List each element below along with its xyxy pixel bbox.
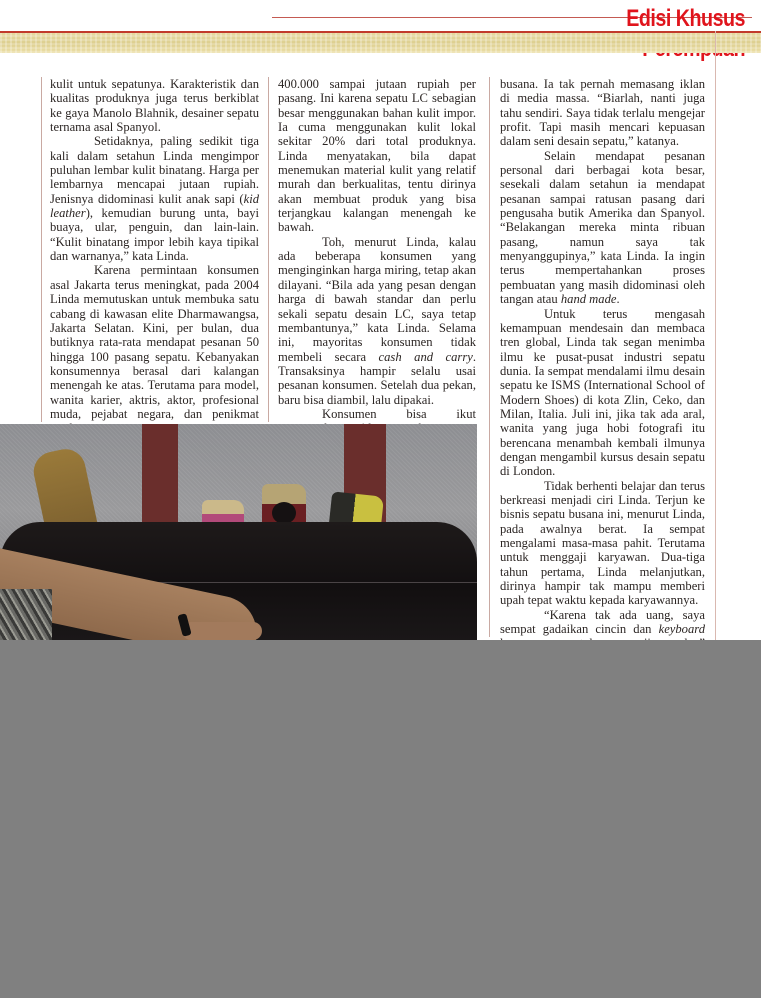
column-rule-1: [41, 77, 42, 422]
article-paragraph: Karena permintaan konsumen asal Jakarta …: [50, 263, 259, 435]
paragraph-text: .: [616, 292, 619, 306]
italic-term: hand made: [561, 292, 617, 306]
article-photo: [0, 424, 477, 640]
article-paragraph: Tidak berhenti belajar dan terus berkrea…: [500, 479, 705, 608]
article-column-1: kulit untuk sepatunya. Karakteristik dan…: [50, 77, 259, 450]
paragraph-text: Toh, menurut Linda, kalau ada beberapa k…: [278, 235, 476, 364]
article-paragraph: busana. Ia tak pernah memasang iklan di …: [500, 77, 705, 149]
article-column-3: busana. Ia tak pernah memasang iklan di …: [500, 77, 705, 722]
article-paragraph: Toh, menurut Linda, kalau ada beberapa k…: [278, 235, 476, 407]
gray-occluder-block: [0, 640, 761, 998]
article-paragraph: Selain mendapat pesanan personal dari be…: [500, 149, 705, 307]
italic-term: cash and carry: [379, 350, 473, 364]
photo-hand: [182, 622, 262, 640]
article-paragraph: Untuk terus mengasah kemampuan mendesain…: [500, 307, 705, 479]
photo-dress: [0, 589, 52, 640]
header-texture-band: [0, 31, 761, 53]
page-right-rule: [715, 31, 716, 641]
column-rule-2: [268, 77, 269, 422]
column-rule-3: [489, 77, 490, 637]
paragraph-text: Selain mendapat pesanan personal dari be…: [500, 149, 705, 306]
italic-term: keyboard: [659, 622, 705, 636]
paragraph-text: Setidaknya, paling sedikit tiga kali dal…: [50, 134, 259, 205]
article-paragraph: kulit untuk sepatunya. Karakteristik dan…: [50, 77, 259, 134]
article-paragraph: Setidaknya, paling sedikit tiga kali dal…: [50, 134, 259, 263]
article-paragraph: 400.000 sampai jutaan rupiah per pasang.…: [278, 77, 476, 235]
